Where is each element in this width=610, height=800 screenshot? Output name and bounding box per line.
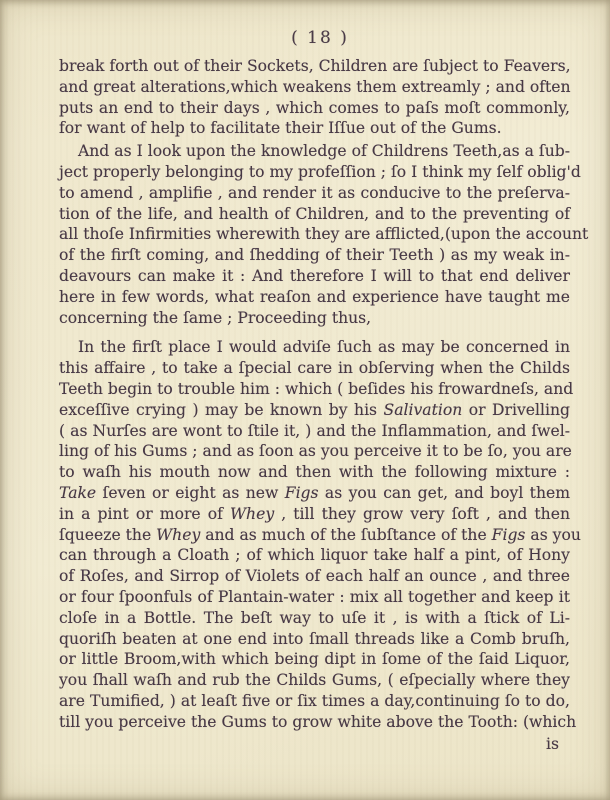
text-segment: deavours can make it : And therefore I w…: [59, 267, 570, 285]
text-line: all thoſe Infirmities wherewith they are…: [59, 224, 570, 245]
text-line: Teeth begin to trouble him : which ( beſ…: [59, 379, 570, 400]
text-line: to waſh his mouth now and then with the …: [59, 462, 570, 483]
text-segment: or four ſpoonfuls of Plantain-water : mi…: [59, 588, 570, 606]
text-segment: as you can get, and boyl them: [319, 484, 570, 502]
text-line: here in few words, what reaſon and exper…: [59, 287, 570, 308]
text-segment: all thoſe Infirmities wherewith they are…: [59, 225, 588, 243]
text-segment: till you perceive the Gums to grow white…: [59, 713, 576, 731]
text-segment: to waſh his mouth now and then with the …: [59, 463, 570, 481]
text-line: to amend , amplifie , and render it as c…: [59, 183, 570, 204]
text-segment: concerning the ſame ; Proceeding thus,: [59, 309, 371, 327]
text-line: And as I look upon the knowledge of Chil…: [59, 141, 570, 162]
text-segment: ject properly belonging to my profeſſion…: [59, 163, 581, 181]
text-segment: to amend , amplifie , and render it as c…: [59, 184, 570, 202]
text-line: In the firſt place I would adviſe ſuch a…: [59, 337, 570, 358]
book-page: ( 18 ) break forth out of their Sockets,…: [0, 0, 610, 800]
text-segment: are Tumified, ) at leaſt five or ſix tim…: [59, 692, 570, 710]
text-segment: ling of his Gums ; and as ſoon as you pe…: [59, 442, 572, 460]
text-segment: or little Broom,with which being dipt in…: [59, 650, 570, 668]
text-segment: or Drivelling: [462, 401, 570, 419]
page-number: ( 18 ): [0, 28, 610, 48]
text-segment: Teeth begin to trouble him : which ( beſ…: [59, 380, 573, 398]
catchword: is: [59, 734, 559, 755]
text-line: of Roſes, and Sirrop of Violets of each …: [59, 566, 570, 587]
text-segment: of Roſes, and Sirrop of Violets of each …: [59, 567, 570, 585]
text-line: till you perceive the Gums to grow white…: [59, 712, 570, 733]
text-line: cloſe in a Bottle. The beſt way to uſe i…: [59, 608, 570, 629]
text-segment: puts an end to their days , which comes …: [59, 99, 570, 117]
text-line: puts an end to their days , which comes …: [59, 98, 570, 119]
italic-text: Figs: [285, 484, 319, 502]
text-line: of the firſt coming, and ſhedding of the…: [59, 245, 570, 266]
text-segment: In the firſt place I would adviſe ſuch a…: [78, 338, 570, 356]
text-segment: ſqueeze the: [59, 526, 156, 544]
text-line: this affaire , to take a ſpecial care in…: [59, 358, 570, 379]
italic-text: Whey: [230, 505, 274, 523]
text-segment: ſeven or eight as new: [96, 484, 285, 502]
text-line: break forth out of their Sockets, Childr…: [59, 56, 570, 77]
text-line: exceſſive crying ) may be known by his S…: [59, 400, 570, 421]
page-text: break forth out of their Sockets, Childr…: [59, 56, 570, 733]
text-segment: and great alterations,which weakens them…: [59, 78, 571, 96]
text-line: ( as Nurſes are wont to ſtile it, ) and …: [59, 421, 570, 442]
text-segment: and as much of the ſubſtance of the: [200, 526, 491, 544]
text-line: and great alterations,which weakens them…: [59, 77, 570, 98]
text-line: ſqueeze the Whey and as much of the ſubſ…: [59, 525, 570, 546]
text-line: or little Broom,with which being dipt in…: [59, 649, 570, 670]
text-line: ject properly belonging to my profeſſion…: [59, 162, 570, 183]
text-line: you ſhall waſh and rub the Childs Gums, …: [59, 670, 570, 691]
paragraph: And as I look upon the knowledge of Chil…: [59, 141, 570, 328]
italic-text: Figs: [492, 526, 526, 544]
text-segment: break forth out of their Sockets, Childr…: [59, 57, 571, 75]
text-line: Take ſeven or eight as new Figs as you c…: [59, 483, 570, 504]
text-line: quoriſh beaten at one end into ſmall thr…: [59, 629, 570, 650]
paragraph: break forth out of their Sockets, Childr…: [59, 56, 570, 139]
text-line: deavours can make it : And therefore I w…: [59, 266, 570, 287]
text-segment: here in few words, what reaſon and exper…: [59, 288, 570, 306]
text-segment: in a pint or more of: [59, 505, 230, 523]
text-segment: this affaire , to take a ſpecial care in…: [59, 359, 570, 377]
paragraph: In the firſt place I would adviſe ſuch a…: [59, 337, 570, 732]
text-line: can through a Cloath ; of which liquor t…: [59, 545, 570, 566]
text-segment: ( as Nurſes are wont to ſtile it, ) and …: [59, 422, 570, 440]
italic-text: Take: [59, 484, 96, 502]
text-segment: quoriſh beaten at one end into ſmall thr…: [59, 630, 570, 648]
text-segment: as you: [525, 526, 580, 544]
text-segment: exceſſive crying ) may be known by his: [59, 401, 384, 419]
text-line: for want of help to facilitate their Iſſ…: [59, 118, 570, 139]
italic-text: Whey: [156, 526, 200, 544]
text-segment: of the firſt coming, and ſhedding of the…: [59, 246, 570, 264]
text-segment: you ſhall waſh and rub the Childs Gums, …: [59, 671, 570, 689]
text-segment: can through a Cloath ; of which liquor t…: [59, 546, 570, 564]
italic-text: Salivation: [384, 401, 463, 419]
text-segment: , till they grow very ſoft , and then: [274, 505, 570, 523]
text-line: are Tumified, ) at leaſt five or ſix tim…: [59, 691, 570, 712]
text-line: tion of the life, and health of Children…: [59, 204, 570, 225]
text-segment: for want of help to facilitate their Iſſ…: [59, 119, 502, 137]
text-segment: cloſe in a Bottle. The beſt way to uſe i…: [59, 609, 570, 627]
text-line: or four ſpoonfuls of Plantain-water : mi…: [59, 587, 570, 608]
text-line: in a pint or more of Whey , till they gr…: [59, 504, 570, 525]
text-line: ling of his Gums ; and as ſoon as you pe…: [59, 441, 570, 462]
text-line: concerning the ſame ; Proceeding thus,: [59, 308, 570, 329]
text-segment: And as I look upon the knowledge of Chil…: [78, 142, 570, 160]
text-segment: tion of the life, and health of Children…: [59, 205, 570, 223]
